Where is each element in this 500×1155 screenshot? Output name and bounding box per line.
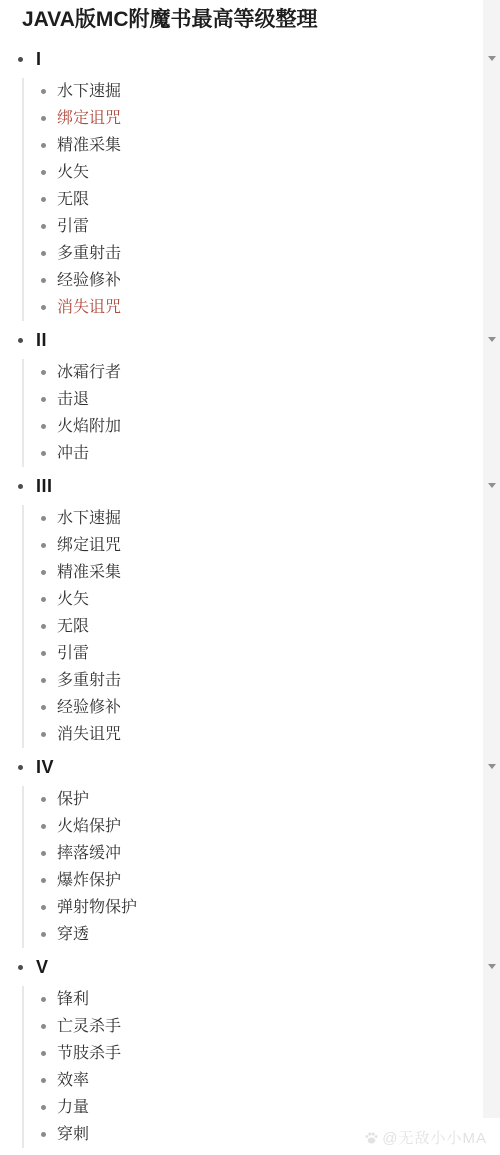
list-item: 冲击 bbox=[24, 440, 500, 467]
item-bullet-icon bbox=[41, 1078, 46, 1083]
item-text: 力量 bbox=[57, 1099, 89, 1116]
item-text: 火焰附加 bbox=[57, 418, 121, 435]
item-bullet-icon bbox=[41, 224, 46, 229]
item-bullet-icon bbox=[41, 116, 46, 121]
section-header: II bbox=[0, 325, 500, 355]
item-bullet-icon bbox=[41, 570, 46, 575]
item-bullet-icon bbox=[41, 370, 46, 375]
item-text: 绑定诅咒 bbox=[57, 110, 121, 127]
item-bullet-icon bbox=[41, 932, 46, 937]
section-bullet-icon bbox=[18, 965, 23, 970]
item-text: 水下速掘 bbox=[57, 83, 121, 100]
outline-section: I 水下速掘 绑定诅咒 精准采集 火矢 无限 引雷 多重射击 经验修补 消失诅咒 bbox=[0, 44, 500, 321]
item-text: 节肢杀手 bbox=[57, 1045, 121, 1062]
item-bullet-icon bbox=[41, 905, 46, 910]
item-text: 穿刺 bbox=[57, 1126, 89, 1143]
document-page: JAVA版MC附魔书最高等级整理 I 水下速掘 绑定诅咒 精准采集 火矢 无限 … bbox=[0, 0, 500, 1155]
item-bullet-icon bbox=[41, 651, 46, 656]
collapse-triangle-icon[interactable] bbox=[488, 764, 496, 769]
item-text: 绑定诅咒 bbox=[57, 537, 121, 554]
item-text: 经验修补 bbox=[57, 272, 121, 289]
item-text: 击退 bbox=[57, 391, 89, 408]
item-text: 火矢 bbox=[57, 591, 89, 608]
outline-list: I 水下速掘 绑定诅咒 精准采集 火矢 无限 引雷 多重射击 经验修补 消失诅咒 bbox=[0, 44, 500, 1148]
outline-section: II 冰霜行者 击退 火焰附加 冲击 bbox=[0, 325, 500, 467]
section-bullet-icon bbox=[18, 57, 23, 62]
list-item: 锋利 bbox=[24, 986, 500, 1013]
item-bullet-icon bbox=[41, 824, 46, 829]
item-text: 多重射击 bbox=[57, 672, 121, 689]
item-bullet-icon bbox=[41, 732, 46, 737]
section-bullet-icon bbox=[18, 338, 23, 343]
item-text: 消失诅咒 bbox=[57, 726, 121, 743]
collapse-triangle-icon[interactable] bbox=[488, 337, 496, 342]
outline-section: III 水下速掘 绑定诅咒 精准采集 火矢 无限 引雷 多重射击 经验修补 消失… bbox=[0, 471, 500, 748]
item-text: 引雷 bbox=[57, 645, 89, 662]
item-text: 效率 bbox=[57, 1072, 89, 1089]
item-bullet-icon bbox=[41, 89, 46, 94]
item-text: 引雷 bbox=[57, 218, 89, 235]
item-bullet-icon bbox=[41, 170, 46, 175]
section-label: II bbox=[36, 330, 47, 350]
list-item: 引雷 bbox=[24, 213, 500, 240]
list-item: 多重射击 bbox=[24, 240, 500, 267]
list-item: 保护 bbox=[24, 786, 500, 813]
item-text: 冲击 bbox=[57, 445, 89, 462]
section-header: III bbox=[0, 471, 500, 501]
list-item: 水下速掘 bbox=[24, 505, 500, 532]
item-bullet-icon bbox=[41, 1024, 46, 1029]
section-header: I bbox=[0, 44, 500, 74]
list-item: 水下速掘 bbox=[24, 78, 500, 105]
item-bullet-icon bbox=[41, 1132, 46, 1137]
list-item: 消失诅咒 bbox=[24, 721, 500, 748]
list-item: 火焰保护 bbox=[24, 813, 500, 840]
collapse-triangle-icon[interactable] bbox=[488, 56, 496, 61]
list-item: 绑定诅咒 bbox=[24, 532, 500, 559]
section-items: 冰霜行者 击退 火焰附加 冲击 bbox=[22, 359, 500, 467]
watermark: @无敌小小MA bbox=[364, 1127, 487, 1148]
list-item: 摔落缓冲 bbox=[24, 840, 500, 867]
list-item: 穿透 bbox=[24, 921, 500, 948]
item-bullet-icon bbox=[41, 1051, 46, 1056]
item-text: 弹射物保护 bbox=[57, 899, 137, 916]
page-title: JAVA版MC附魔书最高等级整理 bbox=[22, 8, 500, 32]
section-items: 保护 火焰保护 摔落缓冲 爆炸保护 弹射物保护 穿透 bbox=[22, 786, 500, 948]
list-item: 多重射击 bbox=[24, 667, 500, 694]
item-bullet-icon bbox=[41, 305, 46, 310]
list-item: 引雷 bbox=[24, 640, 500, 667]
item-text: 亡灵杀手 bbox=[57, 1018, 121, 1035]
item-bullet-icon bbox=[41, 543, 46, 548]
item-text: 火矢 bbox=[57, 164, 89, 181]
list-item: 消失诅咒 bbox=[24, 294, 500, 321]
item-bullet-icon bbox=[41, 997, 46, 1002]
section-header: V bbox=[0, 952, 500, 982]
collapse-triangle-icon[interactable] bbox=[488, 483, 496, 488]
list-item: 精准采集 bbox=[24, 132, 500, 159]
list-item: 效率 bbox=[24, 1067, 500, 1094]
list-item: 亡灵杀手 bbox=[24, 1013, 500, 1040]
item-bullet-icon bbox=[41, 1105, 46, 1110]
list-item: 爆炸保护 bbox=[24, 867, 500, 894]
item-bullet-icon bbox=[41, 597, 46, 602]
list-item: 火焰附加 bbox=[24, 413, 500, 440]
section-label: V bbox=[36, 957, 49, 977]
item-bullet-icon bbox=[41, 624, 46, 629]
item-text: 爆炸保护 bbox=[57, 872, 121, 889]
list-item: 力量 bbox=[24, 1094, 500, 1121]
item-bullet-icon bbox=[41, 251, 46, 256]
list-item: 弹射物保护 bbox=[24, 894, 500, 921]
list-item: 绑定诅咒 bbox=[24, 105, 500, 132]
item-text: 多重射击 bbox=[57, 245, 121, 262]
outline-section: V 锋利 亡灵杀手 节肢杀手 效率 力量 穿刺 bbox=[0, 952, 500, 1148]
list-item: 火矢 bbox=[24, 159, 500, 186]
list-item: 经验修补 bbox=[24, 267, 500, 294]
item-text: 精准采集 bbox=[57, 137, 121, 154]
section-label: I bbox=[36, 49, 42, 69]
outline-section: IV 保护 火焰保护 摔落缓冲 爆炸保护 弹射物保护 穿透 bbox=[0, 752, 500, 948]
item-bullet-icon bbox=[41, 797, 46, 802]
list-item: 节肢杀手 bbox=[24, 1040, 500, 1067]
item-bullet-icon bbox=[41, 397, 46, 402]
item-text: 经验修补 bbox=[57, 699, 121, 716]
item-text: 无限 bbox=[57, 618, 89, 635]
item-text: 水下速掘 bbox=[57, 510, 121, 527]
list-item: 精准采集 bbox=[24, 559, 500, 586]
list-item: 经验修补 bbox=[24, 694, 500, 721]
list-item: 无限 bbox=[24, 186, 500, 213]
item-text: 锋利 bbox=[57, 991, 89, 1008]
item-bullet-icon bbox=[41, 197, 46, 202]
list-item: 火矢 bbox=[24, 586, 500, 613]
item-text: 冰霜行者 bbox=[57, 364, 121, 381]
section-items: 水下速掘 绑定诅咒 精准采集 火矢 无限 引雷 多重射击 经验修补 消失诅咒 bbox=[22, 78, 500, 321]
section-bullet-icon bbox=[18, 765, 23, 770]
paw-icon bbox=[364, 1130, 379, 1145]
section-items: 锋利 亡灵杀手 节肢杀手 效率 力量 穿刺 bbox=[22, 986, 500, 1148]
collapse-triangle-icon[interactable] bbox=[488, 964, 496, 969]
item-bullet-icon bbox=[41, 678, 46, 683]
section-bullet-icon bbox=[18, 484, 23, 489]
section-label: III bbox=[36, 476, 53, 496]
item-text: 无限 bbox=[57, 191, 89, 208]
section-items: 水下速掘 绑定诅咒 精准采集 火矢 无限 引雷 多重射击 经验修补 消失诅咒 bbox=[22, 505, 500, 748]
item-bullet-icon bbox=[41, 878, 46, 883]
item-text: 消失诅咒 bbox=[57, 299, 121, 316]
item-bullet-icon bbox=[41, 516, 46, 521]
item-bullet-icon bbox=[41, 278, 46, 283]
item-text: 精准采集 bbox=[57, 564, 121, 581]
item-text: 保护 bbox=[57, 791, 89, 808]
item-bullet-icon bbox=[41, 424, 46, 429]
item-bullet-icon bbox=[41, 851, 46, 856]
item-bullet-icon bbox=[41, 451, 46, 456]
item-bullet-icon bbox=[41, 705, 46, 710]
item-text: 火焰保护 bbox=[57, 818, 121, 835]
item-text: 摔落缓冲 bbox=[57, 845, 121, 862]
list-item: 冰霜行者 bbox=[24, 359, 500, 386]
item-bullet-icon bbox=[41, 143, 46, 148]
section-label: IV bbox=[36, 757, 54, 777]
section-header: IV bbox=[0, 752, 500, 782]
list-item: 击退 bbox=[24, 386, 500, 413]
item-text: 穿透 bbox=[57, 926, 89, 943]
list-item: 无限 bbox=[24, 613, 500, 640]
watermark-text: @无敌小小MA bbox=[382, 1127, 487, 1148]
